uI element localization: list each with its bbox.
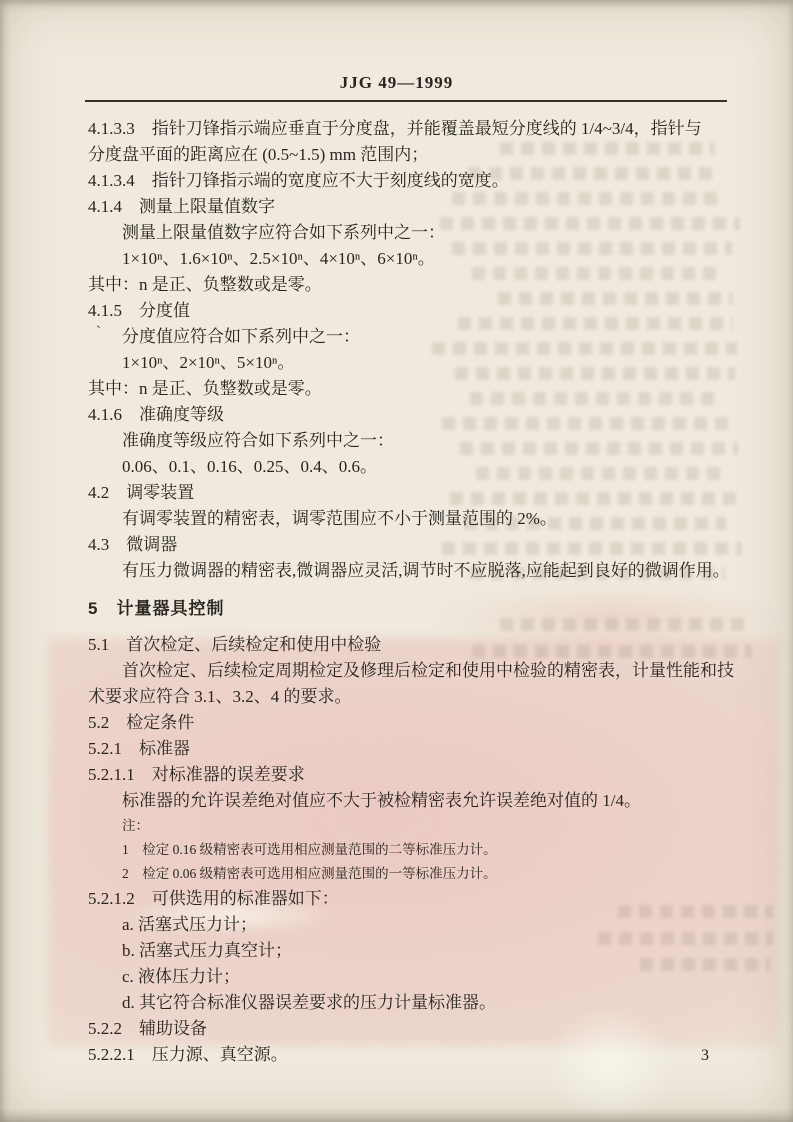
text-line: 注： xyxy=(88,814,733,838)
text-line: 标准器的允许误差绝对值应不大于被检精密表允许误差绝对值的 1/4。 xyxy=(88,788,733,814)
header-rule xyxy=(85,100,727,102)
text-line: 1 检定 0.16 级精密表可选用相应测量范围的二等标准压力计。 xyxy=(88,838,733,862)
text-line: 其中：n 是正、负整数或是零。 xyxy=(88,376,733,402)
text-line: 有压力微调器的精密表,微调器应灵活,调节时不应脱落,应能起到良好的微调作用。 xyxy=(88,558,733,584)
text-line: 5.2.1.2 可供选用的标准器如下： xyxy=(88,886,733,912)
text-line: `分度值应符合如下系列中之一： xyxy=(88,324,733,350)
text-line: 测量上限量值数字应符合如下系列中之一： xyxy=(88,220,733,246)
text-line: 有调零装置的精密表，调零范围应不小于测量范围的 2%。 xyxy=(88,506,733,532)
scan-edge-shadow xyxy=(0,1108,793,1122)
text-line: 0.06、0.1、0.16、0.25、0.4、0.6。 xyxy=(88,454,733,480)
text-line: 术要求应符合 3.1、3.2、4 的要求。 xyxy=(88,684,733,710)
page-number: 3 xyxy=(701,1047,709,1065)
text-line: 5.2.2.1 压力源、真空源。 xyxy=(88,1042,733,1068)
text-line: 4.1.3.3 指针刀锋指示端应垂直于分度盘，并能覆盖最短分度线的 1/4~3/… xyxy=(88,116,733,142)
text-line: b. 活塞式压力真空计； xyxy=(88,938,733,964)
text-line: 1×10ⁿ、1.6×10ⁿ、2.5×10ⁿ、4×10ⁿ、6×10ⁿ。 xyxy=(88,246,733,272)
stray-mark: ` xyxy=(96,319,101,345)
text-line: 准确度等级应符合如下系列中之一： xyxy=(88,428,733,454)
scanned-document-page: JJG 49—1999 4.1.3.3 指针刀锋指示端应垂直于分度盘，并能覆盖最… xyxy=(0,0,793,1122)
text-line: 4.1.3.4 指针刀锋指示端的宽度应不大于刻度线的宽度。 xyxy=(88,168,733,194)
text-line: 2 检定 0.06 级精密表可选用相应测量范围的一等标准压力计。 xyxy=(88,862,733,886)
text-line: a. 活塞式压力计； xyxy=(88,912,733,938)
text-line: 4.2 调零装置 xyxy=(88,480,733,506)
page-header-doc-code: JJG 49—1999 xyxy=(0,73,793,93)
text-line: 5.2 检定条件 xyxy=(88,710,733,736)
text-line: 5.1 首次检定、后续检定和使用中检验 xyxy=(88,632,733,658)
text-line: 1×10ⁿ、2×10ⁿ、5×10ⁿ。 xyxy=(88,350,733,376)
text-line: 其中：n 是正、负整数或是零。 xyxy=(88,272,733,298)
text-column: 4.1.3.3 指针刀锋指示端应垂直于分度盘，并能覆盖最短分度线的 1/4~3/… xyxy=(88,116,733,1068)
text-line: 5.2.2 辅助设备 xyxy=(88,1016,733,1042)
text-line: 4.1.5 分度值 xyxy=(88,298,733,324)
text-line: 5.2.1 标准器 xyxy=(88,736,733,762)
text-line: 5 计量器具控制 xyxy=(88,596,733,622)
text-line: 4.3 微调器 xyxy=(88,532,733,558)
text-line: d. 其它符合标准仪器误差要求的压力计量标准器。 xyxy=(88,990,733,1016)
text-line: 5.2.1.1 对标准器的误差要求 xyxy=(88,762,733,788)
text-line: 首次检定、后续检定周期检定及修理后检定和使用中检验的精密表，计量性能和技 xyxy=(88,658,733,684)
text-line: 4.1.6 准确度等级 xyxy=(88,402,733,428)
text-line: 4.1.4 测量上限量值数字 xyxy=(88,194,733,220)
text-line: c. 液体压力计； xyxy=(88,964,733,990)
text-line: 分度盘平面的距离应在 (0.5~1.5) mm 范围内； xyxy=(88,142,733,168)
